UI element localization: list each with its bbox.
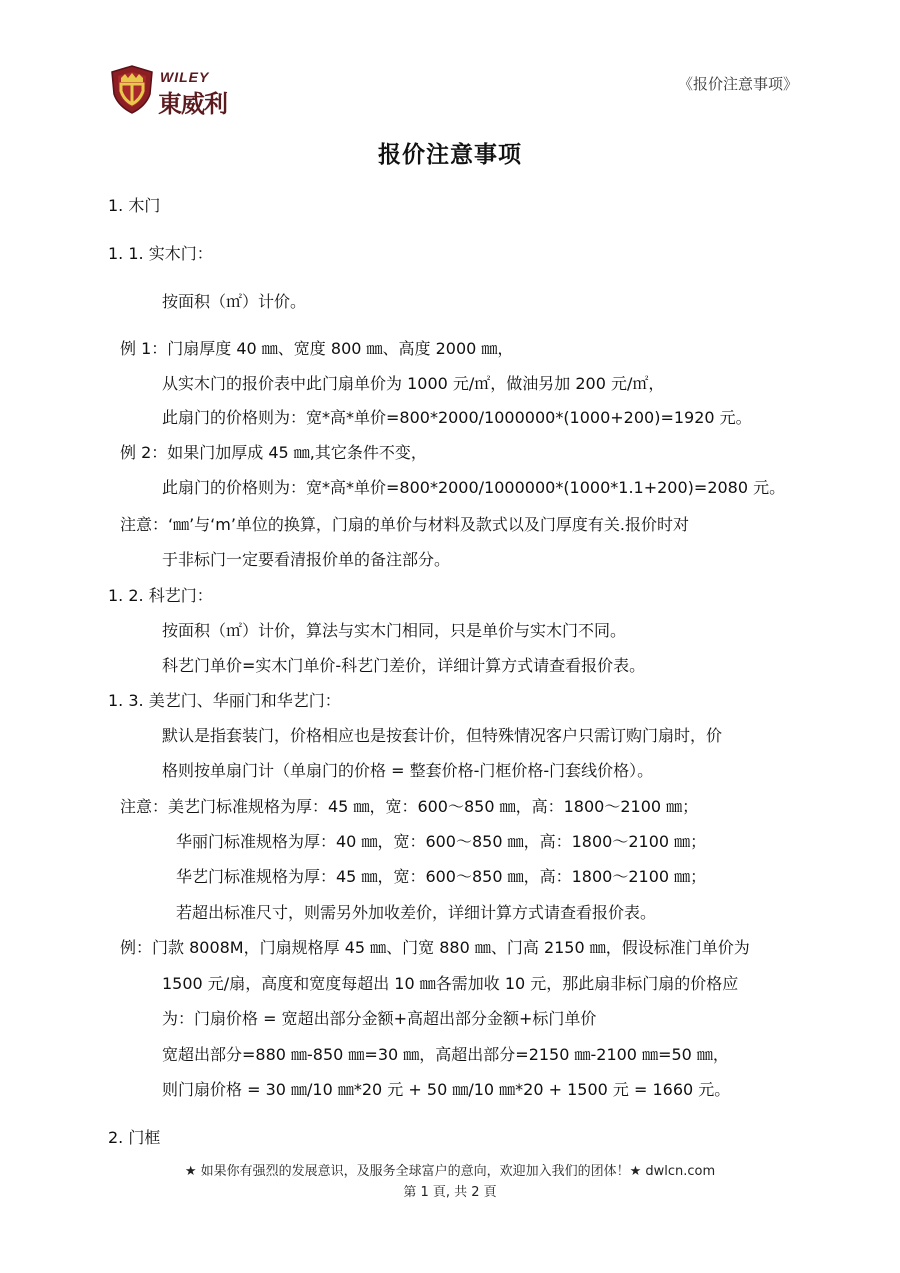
example-line: 1500 元/扇，高度和宽度每超出 10 ㎜各需加收 10 元，那此扇非标门扇的… [162,971,738,994]
note-line: 华艺门标准规格为厚：45 ㎜，宽：600～850 ㎜，高：1800～2100 ㎜… [176,864,706,887]
paragraph: 格则按单扇门计（单扇门的价格 = 整套价格-门框价格-门套线价格）。 [162,758,653,781]
example-line: 例 2：如果门加厚成 45 ㎜,其它条件不变， [120,440,427,463]
example-line: 宽超出部分=880 ㎜-850 ㎜=30 ㎜，高超出部分=2150 ㎜-2100… [162,1042,729,1065]
example-line: 例：门款 8008M，门扇规格厚 45 ㎜、门宽 880 ㎜、门高 2150 ㎜… [120,935,750,958]
paragraph: 按面积（㎡）计价，算法与实木门相同，只是单价与实木门不同。 [162,618,626,641]
subsection-heading-solid-wood: 1. 1. 实木门： [108,241,213,264]
brand-name-en: WILEY [160,69,209,85]
footer-slogan: ★ 如果你有强烈的发展意识，及服务全球富户的意向，欢迎加入我们的团体！★ dwl… [0,1160,900,1179]
example-line: 此扇门的价格则为：宽*高*单价=800*2000/1000000*(1000*1… [162,475,785,498]
note-line: 注意：‘㎜’与‘m’单位的换算，门扇的单价与材料及款式以及门厚度有关.报价时对 [120,512,689,535]
note-line: 若超出标准尺寸，则需另外加收差价，详细计算方式请查看报价表。 [176,900,656,923]
example-line: 例 1：门扇厚度 40 ㎜、宽度 800 ㎜、高度 2000 ㎜， [120,336,513,359]
company-logo: WILEY 東威利 [108,64,233,116]
page-number: 第 1 頁, 共 2 頁 [0,1181,900,1200]
subsection-heading-keyi: 1. 2. 科艺门： [108,583,213,606]
document-label: 《报价注意事项》 [678,73,798,94]
brand-name-cn: 東威利 [158,84,227,119]
example-line: 为：门扇价格 = 宽超出部分金额+高超出部分金额+标门单价 [162,1006,596,1029]
shield-crown-icon [108,64,156,114]
paragraph: 按面积（㎡）计价。 [162,289,306,312]
example-line: 此扇门的价格则为：宽*高*单价=800*2000/1000000*(1000+2… [162,405,752,428]
page-title: 报价注意事项 [0,136,900,169]
note-line: 于非标门一定要看清报价单的备注部分。 [162,547,450,570]
note-line: 华丽门标准规格为厚：40 ㎜，宽：600～850 ㎜，高：1800～2100 ㎜… [176,829,706,852]
subsection-heading-meiyi: 1. 3. 美艺门、华丽门和华艺门： [108,688,341,711]
example-line: 从实木门的报价表中此门扇单价为 1000 元/㎡，做油另加 200 元/㎡， [162,371,664,394]
section-heading-door-frame: 2. 门框 [108,1125,160,1148]
note-line: 注意：美艺门标准规格为厚：45 ㎜，宽：600～850 ㎜，高：1800～210… [120,794,698,817]
section-heading-wood-door: 1. 木门 [108,193,160,216]
paragraph: 科艺门单价=实木门单价-科艺门差价，详细计算方式请查看报价表。 [162,653,645,676]
paragraph: 默认是指套装门，价格相应也是按套计价，但特殊情况客户只需订购门扇时，价 [162,723,722,746]
example-line: 则门扇价格 = 30 ㎜/10 ㎜*20 元 + 50 ㎜/10 ㎜*20 + … [162,1077,730,1100]
